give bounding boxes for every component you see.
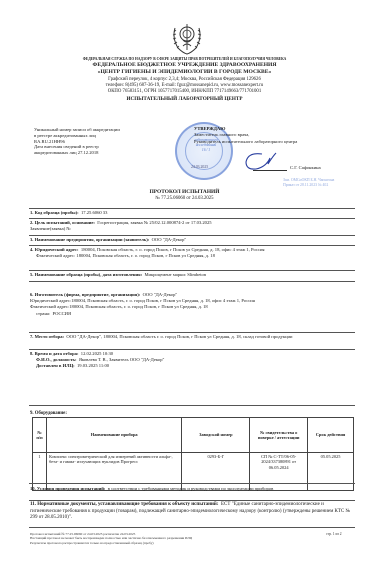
section-manufacturer: 6. Изготовитель (фирма, предприятие, орг… [30, 292, 355, 317]
emblem-icon [170, 20, 204, 56]
column-header: № п/п [33, 418, 47, 453]
organization-name-line2: «ЦЕНТР ГИГИЕНЫ И ЭПИДЕМИОЛОГИИ В ГОРОДЕ … [0, 69, 369, 75]
section-sample-code: 1. Код образца (пробы): 17.25.6060 33 [30, 210, 355, 216]
section-sampling-place: 7. Место отбора: ООО "ДА-Декор", 180004,… [30, 334, 355, 340]
signer-name: С.Г. Сафонкина [290, 165, 321, 170]
column-header: № свидетельства о поверке / аттестации [250, 418, 308, 453]
agency-name: ФЕДЕРАЛЬНАЯ СЛУЖБА ПО НАДЗОРУ В СФЕРЕ ЗА… [0, 57, 369, 61]
table-header-row: № п/п Наименование прибора Заводской ном… [33, 418, 354, 453]
section-sampling-time: 8. Время и дата отбора: 12.02.2025 10:30… [30, 351, 355, 370]
section-applicant: 3. Наименование предприятия, организации… [30, 237, 355, 243]
proxy-stamp: Зам. ОМСиОКП Б.Н. Чапыгина Приказ от 28.… [283, 178, 334, 188]
organization-name-line1: ФЕДЕРАЛЬНОЕ БЮДЖЕТНОЕ УЧРЕЖДЕНИЕ ЗДРАВОО… [0, 62, 369, 68]
column-header: Заводской номер [182, 418, 250, 453]
section-test-conditions: 10. Условия проведения испытаний: в соот… [30, 486, 355, 492]
equipment-table: № п/п Наименование прибора Заводской ном… [32, 417, 354, 491]
protocol-document: ФЕДЕРАЛЬНАЯ СЛУЖБА ПО НАДЗОРУ В СФЕРЕ ЗА… [0, 0, 369, 567]
equipment-label: 9. Оборудование: [30, 411, 67, 416]
signature-icon [240, 150, 280, 172]
footer-notes: Протокол испытаний № 77.25.06060 от 24.0… [30, 532, 192, 545]
stamp-date: 24.03.2025 [191, 165, 208, 169]
organization-contacts: телефон: 8(495) 687-36-19, E-mail: fguz@… [0, 83, 369, 88]
column-header: Наименование прибора [46, 418, 181, 453]
table-row: 1 Комплекс спектрометрический для измере… [33, 453, 354, 491]
column-header: Срок действия [308, 418, 354, 453]
organization-codes: ОКПО 76583151, ОГРН 1057717015400, ИНН/К… [0, 89, 369, 94]
protocol-number: № 77.25.06060 от 24.03.2025 [0, 196, 369, 201]
lab-center-name: ИСПЫТАТЕЛЬНЫЙ ЛАБОРАТОРНЫЙ ЦЕНТР [0, 96, 369, 102]
section-legal-address: 4. Юридический адрес: 180004, Псковская … [30, 247, 355, 259]
protocol-title: ПРОТОКОЛ ИСПЫТАНИЙ [0, 189, 369, 195]
accreditation-info: Уникальный номер записи об аккредитации … [34, 127, 120, 156]
section-test-purpose: 2. Цель испытаний, основание: Госрегистр… [30, 220, 355, 232]
approval-block: УТВЕРЖДАЮ Заместитель главного врача, Ру… [194, 126, 297, 145]
section-normative-docs: 11. Нормативные документы, устанавливающ… [30, 502, 355, 522]
organization-address: Графский переулок, 4 корпус 2,3,4; Москв… [0, 77, 369, 82]
section-sample-name: 5. Наименование образца (пробы), дата из… [30, 272, 355, 278]
page-number: стр. 1 из 2 [326, 532, 342, 536]
